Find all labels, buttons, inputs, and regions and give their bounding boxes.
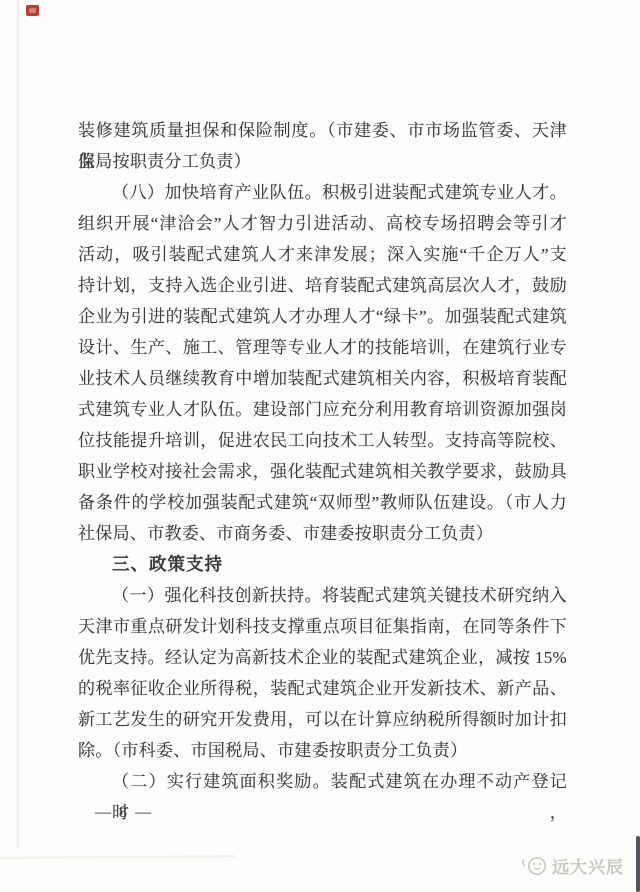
red-corner-mark: [26, 5, 39, 16]
text-line: 设计、生产、施工、管理等专业人才的技能培训，在建筑行业专: [78, 332, 567, 363]
text-line: 装修建筑质量担保和保险制度。（市建委、市市场监管委、天津保: [78, 115, 567, 146]
text-line: 天津市重点研发计划科技支撑重点项目征集指南，在同等条件下: [78, 611, 567, 642]
text-line: 式建筑专业人才队伍。建设部门应充分利用教育培训资源加强岗: [78, 394, 567, 425]
text-line: 职业学校对接社会需求，强化装配式建筑相关教学要求，鼓励具: [78, 456, 567, 487]
document-body: 装修建筑质量担保和保险制度。（市建委、市市场监管委、天津保监局按职责分工负责）（…: [78, 115, 567, 797]
section-heading: 三、政策支持: [78, 549, 567, 580]
scanned-document-page: 装修建筑质量担保和保险制度。（市建委、市市场监管委、天津保监局按职责分工负责）（…: [0, 0, 640, 892]
text-line: 活动，吸引装配式建筑人才来津发展；深入实施“千企万人”支: [78, 239, 567, 270]
bird-circle-logo-icon: [520, 853, 548, 877]
brand-watermark: 远大兴辰: [520, 852, 624, 878]
text-line: 业技术人员继续教育中增加装配式建筑相关内容，积极培育装配: [78, 363, 567, 394]
text-line: 组织开展“津洽会”人才智力引进活动、高校专场招聘会等引才: [78, 208, 567, 239]
text-line: 持计划，支持入选企业引进、培育装配式建筑高层次人才，鼓励: [78, 270, 567, 301]
text-line: （一）强化科技创新扶持。将装配式建筑关键技术研究纳入: [78, 580, 567, 611]
brand-name: 远大兴辰: [552, 853, 624, 878]
text-line: （八）加快培育产业队伍。积极引进装配式建筑专业人才。: [78, 177, 567, 208]
scrollbar-thumb[interactable]: [636, 836, 640, 892]
text-line: 备条件的学校加强装配式建筑“双师型”教师队伍建设。（市人力: [78, 487, 567, 518]
text-line: 的税率征收企业所得税，装配式建筑企业开发新技术、新产品、: [78, 673, 567, 704]
text-line: 优先支持。经认定为高新技术企业的装配式建筑企业，减按 15%: [78, 642, 567, 673]
text-line: 监局按职责分工负责）: [78, 146, 567, 177]
text-line: 位技能提升培训，促进农民工向技术工人转型。支持高等院校、: [78, 425, 567, 456]
text-line: （二）实行建筑面积奖励。装配式建筑在办理不动产登记时，: [78, 766, 567, 797]
page-number: — 8 —: [95, 801, 153, 825]
text-line: 社保局、市教委、市商务委、市建委按职责分工负责）: [78, 518, 567, 549]
text-line: 企业为引进的装配式建筑人才办理人才“绿卡”。加强装配式建筑: [78, 301, 567, 332]
page-bottom-edge: [0, 855, 235, 859]
text-line: 新工艺发生的研究开发费用，可以在计算应纳税所得额时加计扣: [78, 704, 567, 735]
page-scan-edge: [17, 0, 19, 848]
text-line: 除。（市科委、市国税局、市建委按职责分工负责）: [78, 735, 567, 766]
